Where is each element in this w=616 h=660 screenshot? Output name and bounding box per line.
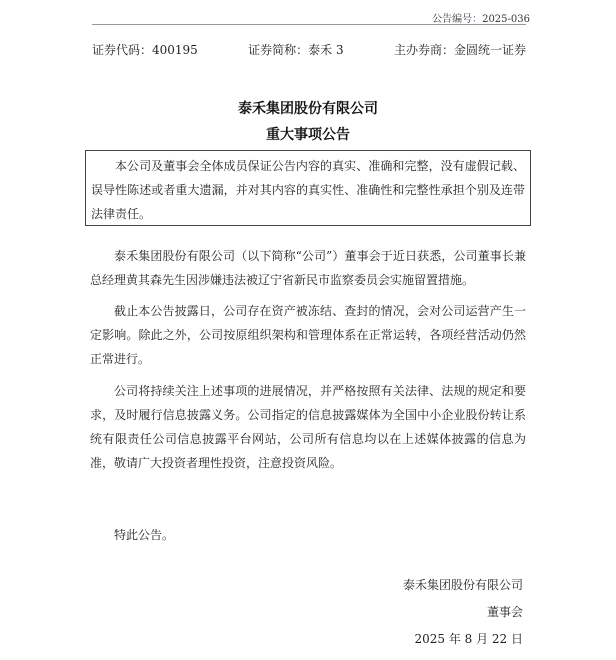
paragraph-text: 泰禾集团股份有限公司（以下简称“公司”）董事会于近日获悉，公司董事长兼总经理黄其… (90, 244, 526, 292)
sponsor-broker: 主办券商：金圆统一证券 (394, 41, 526, 58)
signature-board: 董事会 (487, 603, 523, 620)
announcement-number: 公告编号：2025-036 (432, 10, 530, 25)
body-paragraph-3: 公司将持续关注上述事项的进展情况，并严格按照有关法律、法规的规定和要求，及时履行… (90, 379, 526, 475)
securities-info-row: 证券代码：400195 证券简称：泰禾 3 主办券商：金圆统一证券 (92, 41, 526, 58)
paragraph-text: 截止本公告披露日，公司存在资产被冻结、查封的情况，会对公司运营产生一定影响。除此… (90, 299, 526, 371)
securities-short-name: 证券简称：泰禾 3 (248, 41, 343, 58)
disclaimer-text: 本公司及董事会全体成员保证公告内容的真实、准确和完整，没有虚假记载、误导性陈述或… (91, 154, 525, 226)
closing-remark: 特此公告。 (114, 526, 174, 543)
signature-company: 泰禾集团股份有限公司 (403, 576, 523, 593)
paragraph-text: 公司将持续关注上述事项的进展情况，并严格按照有关法律、法规的规定和要求，及时履行… (90, 379, 526, 475)
document-title: 重大事项公告 (0, 124, 616, 144)
announcement-page: 公告编号：2025-036 证券代码：400195 证券简称：泰禾 3 主办券商… (0, 0, 616, 660)
company-title: 泰禾集团股份有限公司 (0, 98, 616, 118)
securities-code: 证券代码：400195 (92, 41, 198, 58)
body-paragraph-2: 截止本公告披露日，公司存在资产被冻结、查封的情况，会对公司运营产生一定影响。除此… (90, 299, 526, 371)
body-paragraph-1: 泰禾集团股份有限公司（以下简称“公司”）董事会于近日获悉，公司董事长兼总经理黄其… (90, 244, 526, 292)
disclaimer-box: 本公司及董事会全体成员保证公告内容的真实、准确和完整，没有虚假记载、误导性陈述或… (85, 150, 531, 226)
signature-date: 2025 年 8 月 22 日 (414, 630, 523, 647)
header-divider (92, 24, 526, 25)
